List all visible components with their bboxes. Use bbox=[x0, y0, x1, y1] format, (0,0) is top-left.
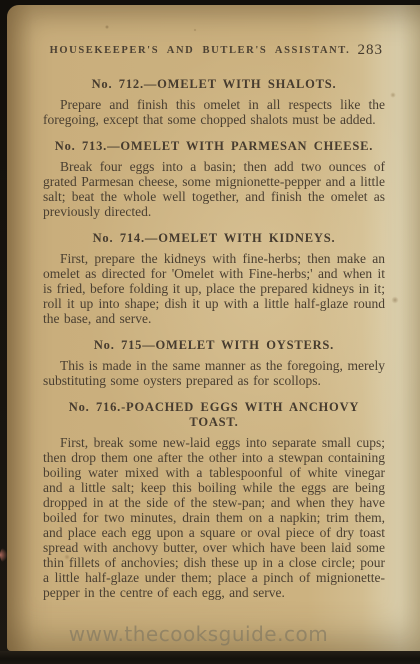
recipe-heading: No. 714.—OMELET WITH KIDNEYS. bbox=[43, 231, 385, 246]
recipe-heading: No. 716.-POACHED EGGS WITH ANCHOVY TOAST… bbox=[43, 400, 385, 430]
page-header: HOUSEKEEPER'S AND BUTLER'S ASSISTANT. 28… bbox=[43, 45, 385, 65]
recipe-body: First, break some new-laid eggs into sep… bbox=[43, 435, 385, 600]
running-title: HOUSEKEEPER'S AND BUTLER'S ASSISTANT. bbox=[29, 45, 371, 56]
paper-page: HOUSEKEEPER'S AND BUTLER'S ASSISTANT. 28… bbox=[7, 5, 420, 651]
recipe-714: No. 714.—OMELET WITH KIDNEYS. First, pre… bbox=[43, 231, 385, 326]
page-number: 283 bbox=[358, 42, 384, 59]
scanned-book-page: HOUSEKEEPER'S AND BUTLER'S ASSISTANT. 28… bbox=[0, 0, 420, 664]
recipe-713: No. 713.—OMELET WITH PARMESAN CHEESE. Br… bbox=[43, 139, 385, 219]
recipe-715: No. 715—OMELET WITH OYSTERS. This is mad… bbox=[43, 338, 385, 388]
watermark: www.thecooksguide.com bbox=[7, 622, 390, 646]
recipe-heading: No. 712.—OMELET WITH SHALOTS. bbox=[43, 77, 385, 92]
recipe-heading: No. 715—OMELET WITH OYSTERS. bbox=[43, 338, 385, 353]
recipe-body: First, prepare the kidneys with fine-her… bbox=[43, 251, 385, 326]
scan-bottom-border bbox=[0, 651, 420, 664]
recipe-body: Prepare and finish this omelet in all re… bbox=[43, 97, 385, 127]
recipe-body: This is made in the same manner as the f… bbox=[43, 358, 385, 388]
recipe-heading: No. 713.—OMELET WITH PARMESAN CHEESE. bbox=[43, 139, 385, 154]
recipe-712: No. 712.—OMELET WITH SHALOTS. Prepare an… bbox=[43, 77, 385, 127]
recipe-body: Break four eggs into a basin; then add t… bbox=[43, 159, 385, 219]
recipe-716: No. 716.-POACHED EGGS WITH ANCHOVY TOAST… bbox=[43, 400, 385, 600]
page-edge-mark bbox=[0, 548, 7, 562]
page-content: HOUSEKEEPER'S AND BUTLER'S ASSISTANT. 28… bbox=[43, 45, 385, 600]
